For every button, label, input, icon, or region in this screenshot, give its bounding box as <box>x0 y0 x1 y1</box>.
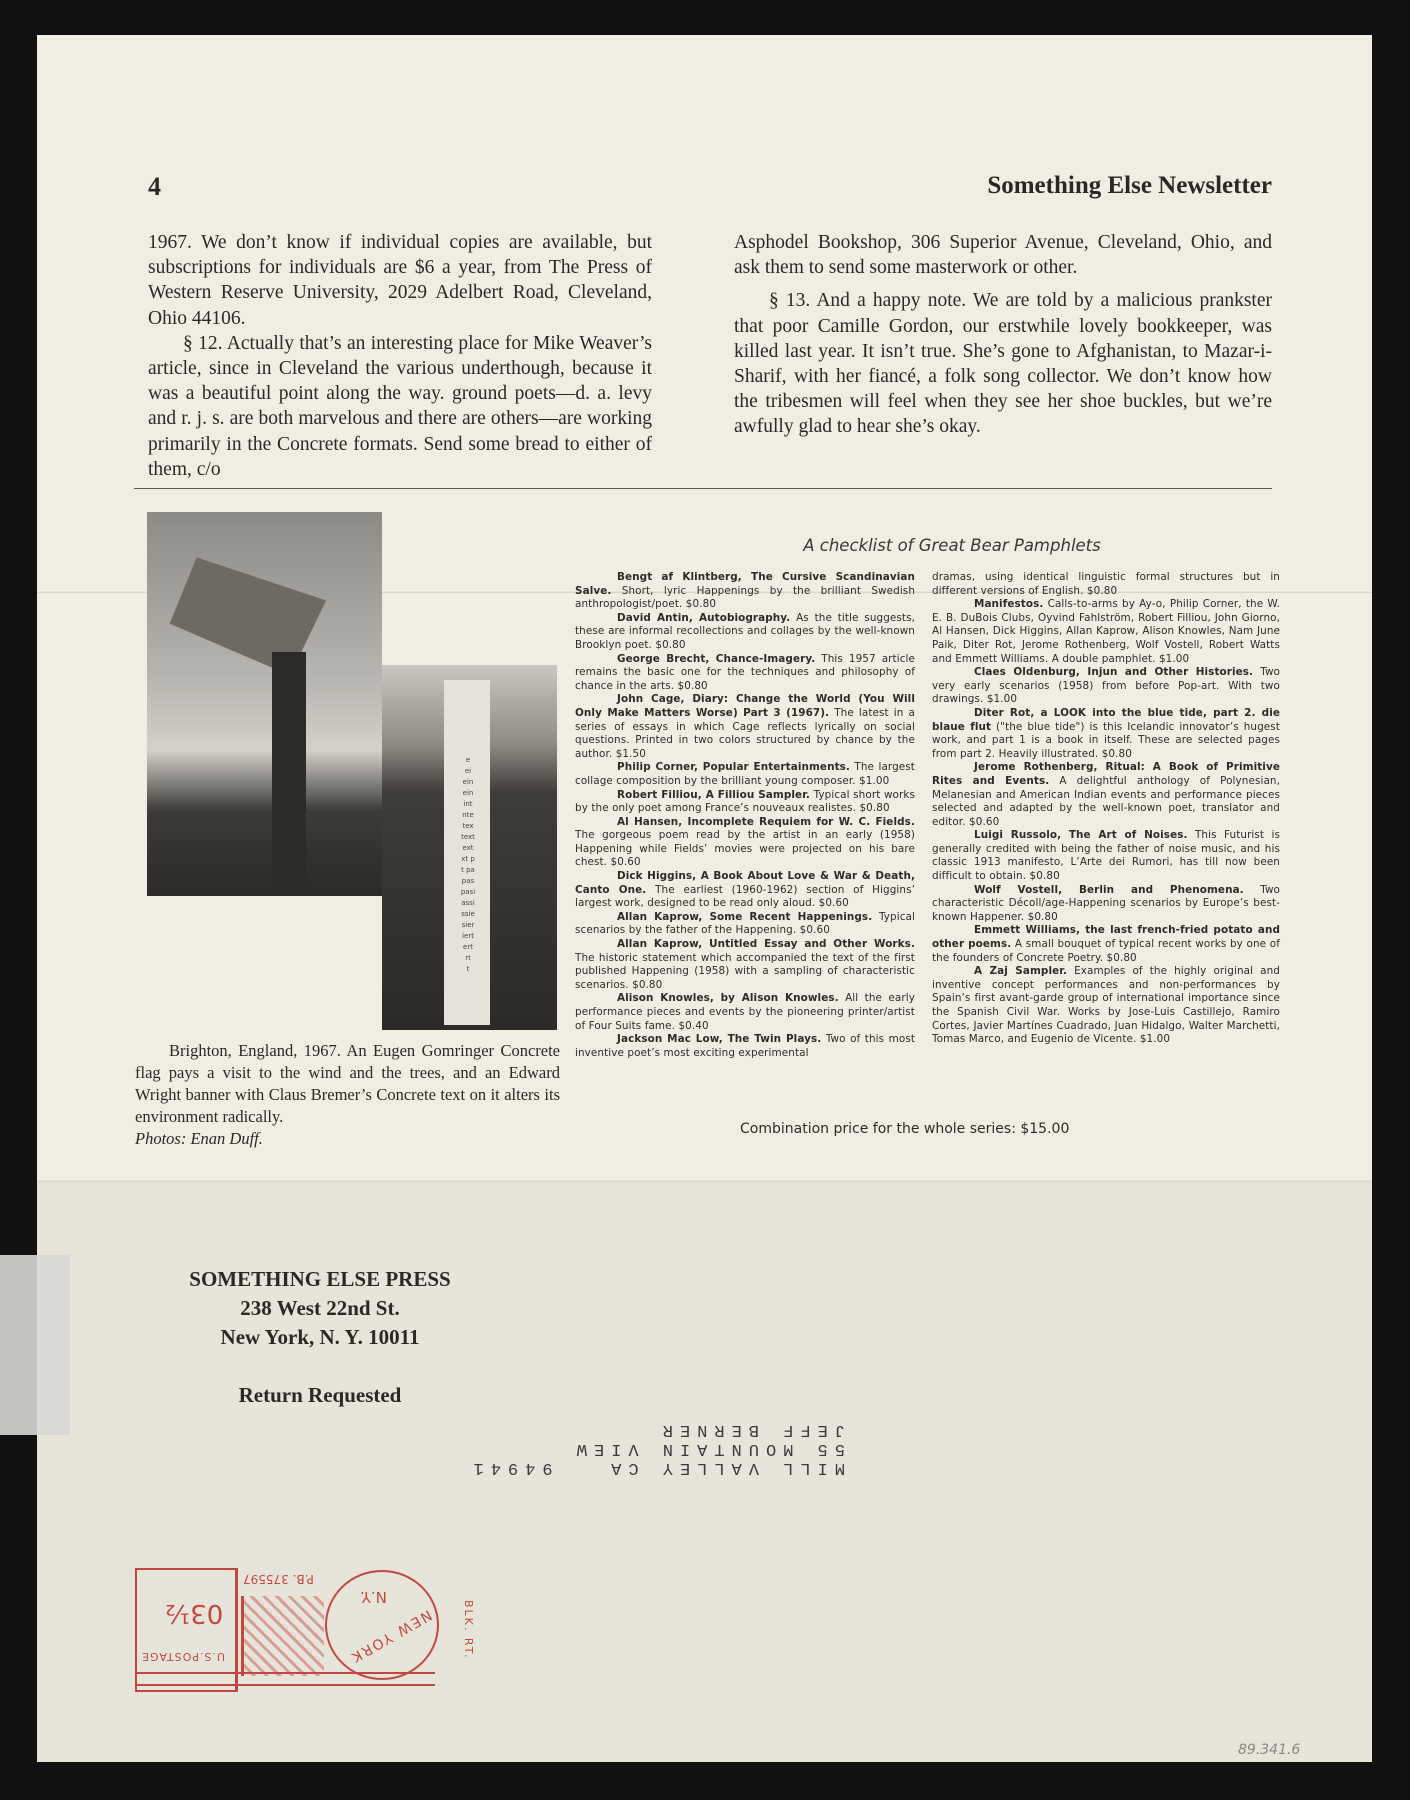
tape-strip <box>0 1255 70 1435</box>
pamphlet-description: The historic statement which accompanied… <box>575 952 915 991</box>
checklist-title: A checklist of Great Bear Pamphlets <box>752 536 1152 555</box>
list-item: Bengt af Klintberg, The Cursive Scandina… <box>575 571 915 612</box>
pamphlet-title: Claes Oldenburg, Injun and Other Histori… <box>932 666 1253 678</box>
list-item: Philip Corner, Popular Entertainments. T… <box>575 761 915 788</box>
list-item: John Cage, Diary: Change the World (You … <box>575 693 915 761</box>
postage-label: U.S.POSTAGE <box>141 1650 225 1663</box>
return-street: 238 West 22nd St. <box>150 1294 490 1323</box>
pamphlet-title: A Zaj Sampler. <box>932 965 1067 977</box>
pamphlet-title: Allan Kaprow, Untitled Essay and Other W… <box>575 938 915 950</box>
photo-concrete-flag <box>147 512 382 896</box>
list-item: Diter Rot, a LOOK into the blue tide, pa… <box>932 707 1280 761</box>
return-address: SOMETHING ELSE PRESS 238 West 22nd St. N… <box>150 1265 490 1410</box>
pamphlet-title: Jackson Mac Low, The Twin Plays. <box>575 1033 821 1045</box>
fold-line <box>37 1179 1372 1182</box>
list-item: Allan Kaprow, Untitled Essay and Other W… <box>575 938 915 992</box>
pamphlet-description: The gorgeous poem read by the artist in … <box>575 829 915 868</box>
pamphlet-title: Robert Filliou, A Filliou Sampler. <box>575 789 810 801</box>
combination-price: Combination price for the whole series: … <box>740 1121 1069 1137</box>
list-item: Robert Filliou, A Filliou Sampler. Typic… <box>575 789 915 816</box>
pamphlet-description: Examples of the highly original and inve… <box>932 965 1280 1045</box>
pamphlet-title: David Antin, Autobiography. <box>575 612 790 624</box>
list-item: Dick Higgins, A Book About Love & War & … <box>575 870 915 911</box>
return-city: New York, N. Y. 10011 <box>150 1323 490 1352</box>
photo-caption: Brighton, England, 1967. An Eugen Gomrin… <box>135 1040 560 1150</box>
list-item: David Antin, Autobiography. As the title… <box>575 612 915 653</box>
photo-concrete-banner: e ei ein ein int nte tex text ext xt p t… <box>382 665 557 1030</box>
paragraph-12: § 12. Actually that’s an interesting pla… <box>148 331 652 482</box>
list-item: Manifestos. Calls-to-arms by Ay-o, Phili… <box>932 598 1280 666</box>
list-item: dramas, using identical linguistic forma… <box>932 571 1280 598</box>
list-item: Alison Knowles, by Alison Knowles. All t… <box>575 992 915 1033</box>
article-left-column: 1967. We don’t know if individual copies… <box>148 230 652 482</box>
checklist-right-column: dramas, using identical linguistic forma… <box>932 571 1280 1047</box>
pamphlet-title: Alison Knowles, by Alison Knowles. <box>575 992 839 1004</box>
list-item: Allan Kaprow, Some Recent Happenings. Ty… <box>575 911 915 938</box>
continuation-text: dramas, using identical linguistic forma… <box>932 571 1280 597</box>
list-item: Emmett Williams, the last french-fried p… <box>932 924 1280 965</box>
list-item: Claes Oldenburg, Injun and Other Histori… <box>932 666 1280 707</box>
eagle-icon <box>241 1596 324 1676</box>
pamphlet-title: Luigi Russolo, The Art of Noises. <box>932 829 1188 841</box>
photo-credit: Photos: Enan Duff. <box>135 1129 263 1148</box>
pamphlet-title: Al Hansen, Incomplete Requiem for W. C. … <box>575 816 915 828</box>
checklist-left-column: Bengt af Klintberg, The Cursive Scandina… <box>575 571 915 1060</box>
paragraph: Asphodel Bookshop, 306 Superior Avenue, … <box>734 230 1272 280</box>
postage-meter-stamp: 03½ U.S.POSTAGE P.B. 375597 N.Y. NEW YOR… <box>135 1568 465 1698</box>
page-number: 4 <box>148 172 161 202</box>
return-requested: Return Requested <box>150 1381 490 1410</box>
list-item: George Brecht, Chance-Imagery. This 1957… <box>575 653 915 694</box>
pamphlet-description: Short, lyric Happenings by the brilliant… <box>575 585 915 611</box>
route-note: BLK. RT. <box>462 1600 475 1660</box>
paragraph-13: § 13. And a happy note. We are told by a… <box>734 288 1272 439</box>
postmark-state: N.Y. <box>360 1588 387 1606</box>
list-item: Al Hansen, Incomplete Requiem for W. C. … <box>575 816 915 870</box>
list-item: A Zaj Sampler. Examples of the highly or… <box>932 965 1280 1047</box>
pamphlet-title: Wolf Vostell, Berlin and Phenomena. <box>932 884 1244 896</box>
caption-text: Brighton, England, 1967. An Eugen Gomrin… <box>135 1040 560 1128</box>
recipient-line: 55 MOUNTAIN VIEW <box>500 1439 845 1458</box>
list-item: Jackson Mac Low, The Twin Plays. Two of … <box>575 1033 915 1060</box>
return-name: SOMETHING ELSE PRESS <box>150 1265 490 1294</box>
pamphlet-title: Manifestos. <box>932 598 1043 610</box>
pamphlet-title: Allan Kaprow, Some Recent Happenings. <box>575 911 872 923</box>
recipient-line: MILL VALLEY CA 94941 <box>500 1458 845 1477</box>
tree-trunk <box>272 652 306 896</box>
meter-number: P.B. 375597 <box>243 1572 314 1586</box>
list-item: Jerome Rothenberg, Ritual: A Book of Pri… <box>932 761 1280 829</box>
list-item: Luigi Russolo, The Art of Noises. This F… <box>932 829 1280 883</box>
paragraph: 1967. We don’t know if individual copies… <box>148 230 652 331</box>
banner-text: e ei ein ein int nte tex text ext xt p t… <box>448 755 488 975</box>
pamphlet-title: George Brecht, Chance-Imagery. <box>575 653 815 665</box>
recipient-address-label: MILL VALLEY CA 9494155 MOUNTAIN VIEWJEFF… <box>500 1420 845 1477</box>
recipient-line: JEFF BERNER <box>500 1420 845 1439</box>
pamphlet-title: Philip Corner, Popular Entertainments. <box>575 761 850 773</box>
list-item: Wolf Vostell, Berlin and Phenomena. Two … <box>932 884 1280 925</box>
divider-rule <box>134 488 1272 489</box>
running-head: Something Else Newsletter <box>987 172 1272 200</box>
article-right-column: Asphodel Bookshop, 306 Superior Avenue, … <box>734 230 1272 440</box>
accession-number: 89.341.6 <box>1238 1742 1300 1758</box>
postage-amount: 03½ <box>165 1598 223 1628</box>
